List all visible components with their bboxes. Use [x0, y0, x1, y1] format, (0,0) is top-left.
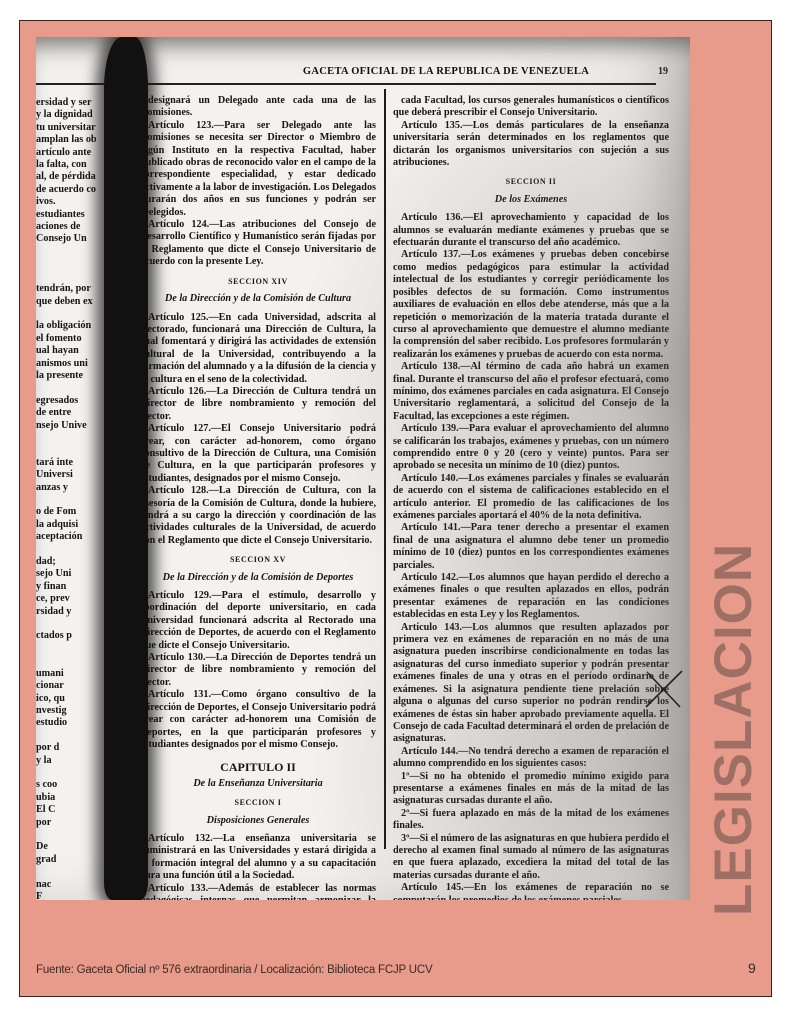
- article-paragraph: Artículo 131.—Como órgano consultivo de …: [140, 689, 376, 751]
- article-paragraph: Artículo 141.—Para tener derecho a prese…: [393, 522, 669, 572]
- chapter-heading: CAPITULO II: [140, 761, 376, 773]
- article-paragraph: Artículo 129.—Para el estímulo, desarrol…: [140, 590, 376, 652]
- section-heading: SECCION XV: [140, 554, 376, 566]
- section-subtitle: Disposiciones Generales: [140, 815, 376, 827]
- article-paragraph: designará un Delegado ante cada una de l…: [140, 95, 376, 120]
- article-paragraph: Artículo 132.—La enseñanza universitaria…: [140, 833, 376, 883]
- article-paragraph: Artículo 130.—La Dirección de Deportes t…: [140, 652, 376, 689]
- section-subtitle: De la Dirección y de la Comisión de Cult…: [140, 293, 376, 305]
- article-paragraph: Artículo 133.—Además de establecer las n…: [140, 883, 376, 900]
- scanned-gazette-page: GACETA OFICIAL DE LA REPUBLICA DE VENEZU…: [36, 37, 690, 900]
- section-subtitle: De la Enseñanza Universitaria: [140, 778, 376, 790]
- article-paragraph: Artículo 138.—Al término de cada año hab…: [393, 361, 669, 423]
- article-paragraph: Artículo 135.—Los demás particulares de …: [393, 120, 669, 170]
- article-paragraph: Artículo 128.—La Dirección de Cultura, c…: [140, 485, 376, 547]
- section-title-vertical: LEGISLACION: [707, 543, 760, 916]
- article-paragraph: Artículo 143.—Los alumnos que resulten a…: [393, 622, 669, 746]
- section-subtitle: De los Exámenes: [393, 194, 669, 206]
- article-paragraph: Artículo 145.—En los exámenes de reparac…: [393, 882, 669, 900]
- middle-column: designará un Delegado ante cada una de l…: [140, 95, 376, 900]
- article-paragraph: Artículo 140.—Los exámenes parciales y f…: [393, 473, 669, 523]
- article-paragraph: Artículo 144.—No tendrá derecho a examen…: [393, 746, 669, 771]
- column-divider: [384, 89, 386, 849]
- section-subtitle: De la Dirección y de la Comisión de Depo…: [140, 572, 376, 584]
- gazette-page-number: 19: [658, 66, 668, 77]
- section-heading: SECCION I: [140, 797, 376, 809]
- gazette-masthead: GACETA OFICIAL DE LA REPUBLICA DE VENEZU…: [236, 66, 656, 77]
- footer-source: Fuente: Gaceta Oficial nº 576 extraordin…: [36, 964, 432, 976]
- article-paragraph: Artículo 123.—Para ser Delegado ante las…: [140, 120, 376, 219]
- handwritten-x-mark: [642, 667, 686, 711]
- article-paragraph: 3º—Si el número de las asignaturas en qu…: [393, 833, 669, 883]
- article-paragraph: Artículo 124.—Las atribuciones del Conse…: [140, 219, 376, 269]
- article-paragraph: 2º—Si fuera aplazado en más de la mitad …: [393, 808, 669, 833]
- article-paragraph: Artículo 136.—El aprovechamiento y capac…: [393, 212, 669, 249]
- binding-shadow: [104, 37, 148, 900]
- right-column: cada Facultad, los cursos generales huma…: [393, 95, 669, 900]
- article-paragraph: 1º—Si no ha obtenido el promedio mínimo …: [393, 771, 669, 808]
- section-heading: SECCION II: [393, 176, 669, 188]
- article-paragraph: cada Facultad, los cursos generales huma…: [393, 95, 669, 120]
- article-paragraph: Artículo 139.—Para evaluar el aprovecham…: [393, 423, 669, 473]
- section-heading: SECCION XIV: [140, 276, 376, 288]
- footer-page-number: 9: [748, 960, 756, 976]
- article-paragraph: Artículo 127.—El Consejo Universitario p…: [140, 423, 376, 485]
- article-paragraph: Artículo 137.—Los exámenes y pruebas deb…: [393, 249, 669, 361]
- article-paragraph: Artículo 125.—En cada Universidad, adscr…: [140, 312, 376, 386]
- article-paragraph: Artículo 142.—Los alumnos que hayan perd…: [393, 572, 669, 622]
- article-paragraph: Artículo 126.—La Dirección de Cultura te…: [140, 386, 376, 423]
